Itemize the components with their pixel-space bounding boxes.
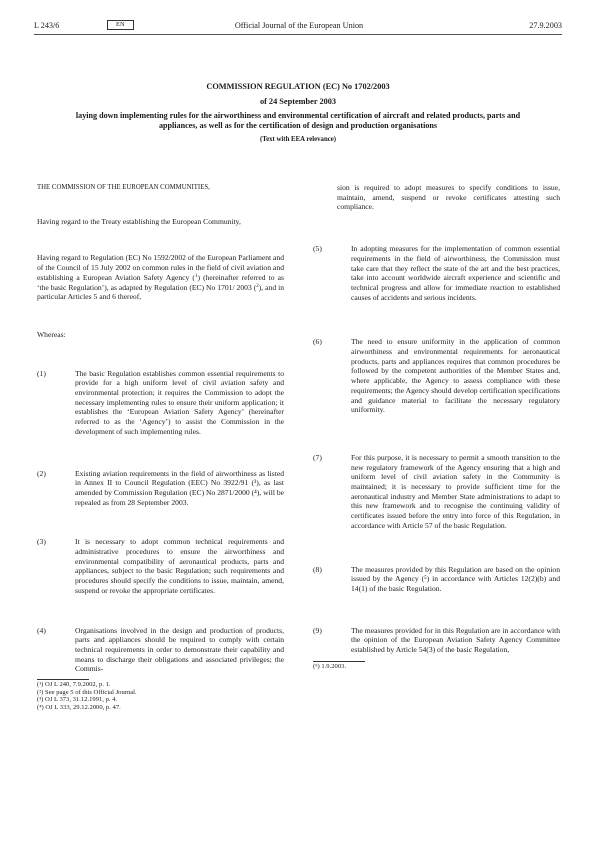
- footnote: (³) OJ L 373, 31.12.1991, p. 4.: [37, 696, 284, 704]
- title-block: COMMISSION REGULATION (EC) No 1702/2003 …: [60, 82, 536, 143]
- language-badge: EN: [107, 20, 134, 30]
- regulation-title: COMMISSION REGULATION (EC) No 1702/2003: [60, 82, 536, 91]
- page-header: L 243/6 EN Official Journal of the Europ…: [34, 18, 562, 35]
- recital-number: (5): [313, 244, 322, 254]
- recital-number: (4): [37, 626, 46, 636]
- recital-6: (6) The need to ensure uniformity in the…: [313, 337, 560, 415]
- recital-3: (3) It is necessary to adopt common tech…: [37, 537, 284, 595]
- eea-relevance: (Text with EEA relevance): [60, 136, 536, 143]
- right-column: sion is required to adopt measures to sp…: [313, 183, 560, 670]
- recital-text: The measures provided by this Regulation…: [351, 565, 560, 593]
- footnote: (¹) OJ L 240, 7.9.2002, p. 1.: [37, 681, 284, 689]
- footnotes-left: (¹) OJ L 240, 7.9.2002, p. 1. (²) See pa…: [37, 679, 284, 711]
- regulation-subject: laying down implementing rules for the a…: [60, 111, 536, 131]
- preamble-regulation: Having regard to Regulation (EC) No 1592…: [37, 253, 284, 302]
- publication-date: 27.9.2003: [529, 21, 562, 30]
- footnote: (²) See page 5 of this Official Journal.: [37, 689, 284, 697]
- whereas-label: Whereas:: [37, 330, 284, 340]
- footnote-divider: [313, 661, 365, 662]
- footnote-divider: [37, 679, 89, 680]
- recital-text: In adopting measures for the implementat…: [351, 244, 560, 302]
- recital-9: (9) The measures provided for in this Re…: [313, 626, 560, 655]
- recital-number: (8): [313, 565, 322, 575]
- recital-5: (5) In adopting measures for the impleme…: [313, 244, 560, 302]
- recital-text: The basic Regulation establishes common …: [75, 369, 284, 436]
- recital-number: (2): [37, 469, 46, 479]
- recital-text: For this purpose, it is necessary to per…: [351, 453, 560, 530]
- recital-1: (1) The basic Regulation establishes com…: [37, 369, 284, 437]
- footnote: (⁴) OJ L 333, 29.12.2000, p. 47.: [37, 704, 284, 712]
- recital-7: (7) For this purpose, it is necessary to…: [313, 453, 560, 531]
- journal-reference: L 243/6: [34, 21, 59, 30]
- recital-text: The measures provided for in this Regula…: [351, 626, 560, 654]
- preamble-treaty: Having regard to the Treaty establishing…: [37, 217, 284, 227]
- recital-number: (6): [313, 337, 322, 347]
- recital-number: (1): [37, 369, 46, 379]
- preamble-commission: THE COMMISSION OF THE EUROPEAN COMMUNITI…: [37, 183, 284, 193]
- footnote: (⁵) 1.9.2003.: [313, 663, 560, 671]
- recital-number: (7): [313, 453, 322, 463]
- recital-text: Existing aviation requirements in the fi…: [75, 469, 284, 507]
- recital-4-continued: sion is required to adopt measures to sp…: [313, 183, 560, 212]
- recital-text: The need to ensure uniformity in the app…: [351, 337, 560, 414]
- left-column: THE COMMISSION OF THE EUROPEAN COMMUNITI…: [37, 183, 284, 711]
- recital-2: (2) Existing aviation requirements in th…: [37, 469, 284, 508]
- recital-number: (9): [313, 626, 322, 636]
- regulation-date: of 24 September 2003: [60, 97, 536, 106]
- footnotes-right: (⁵) 1.9.2003.: [313, 661, 560, 671]
- journal-title: Official Journal of the European Union: [194, 21, 404, 30]
- recital-text: It is necessary to adopt common technica…: [75, 537, 284, 595]
- recital-text: Organisations involved in the design and…: [75, 626, 284, 674]
- recital-text: sion is required to adopt measures to sp…: [337, 183, 560, 211]
- recital-8: (8) The measures provided by this Regula…: [313, 565, 560, 594]
- recital-number: (3): [37, 537, 46, 547]
- recital-4: (4) Organisations involved in the design…: [37, 626, 284, 675]
